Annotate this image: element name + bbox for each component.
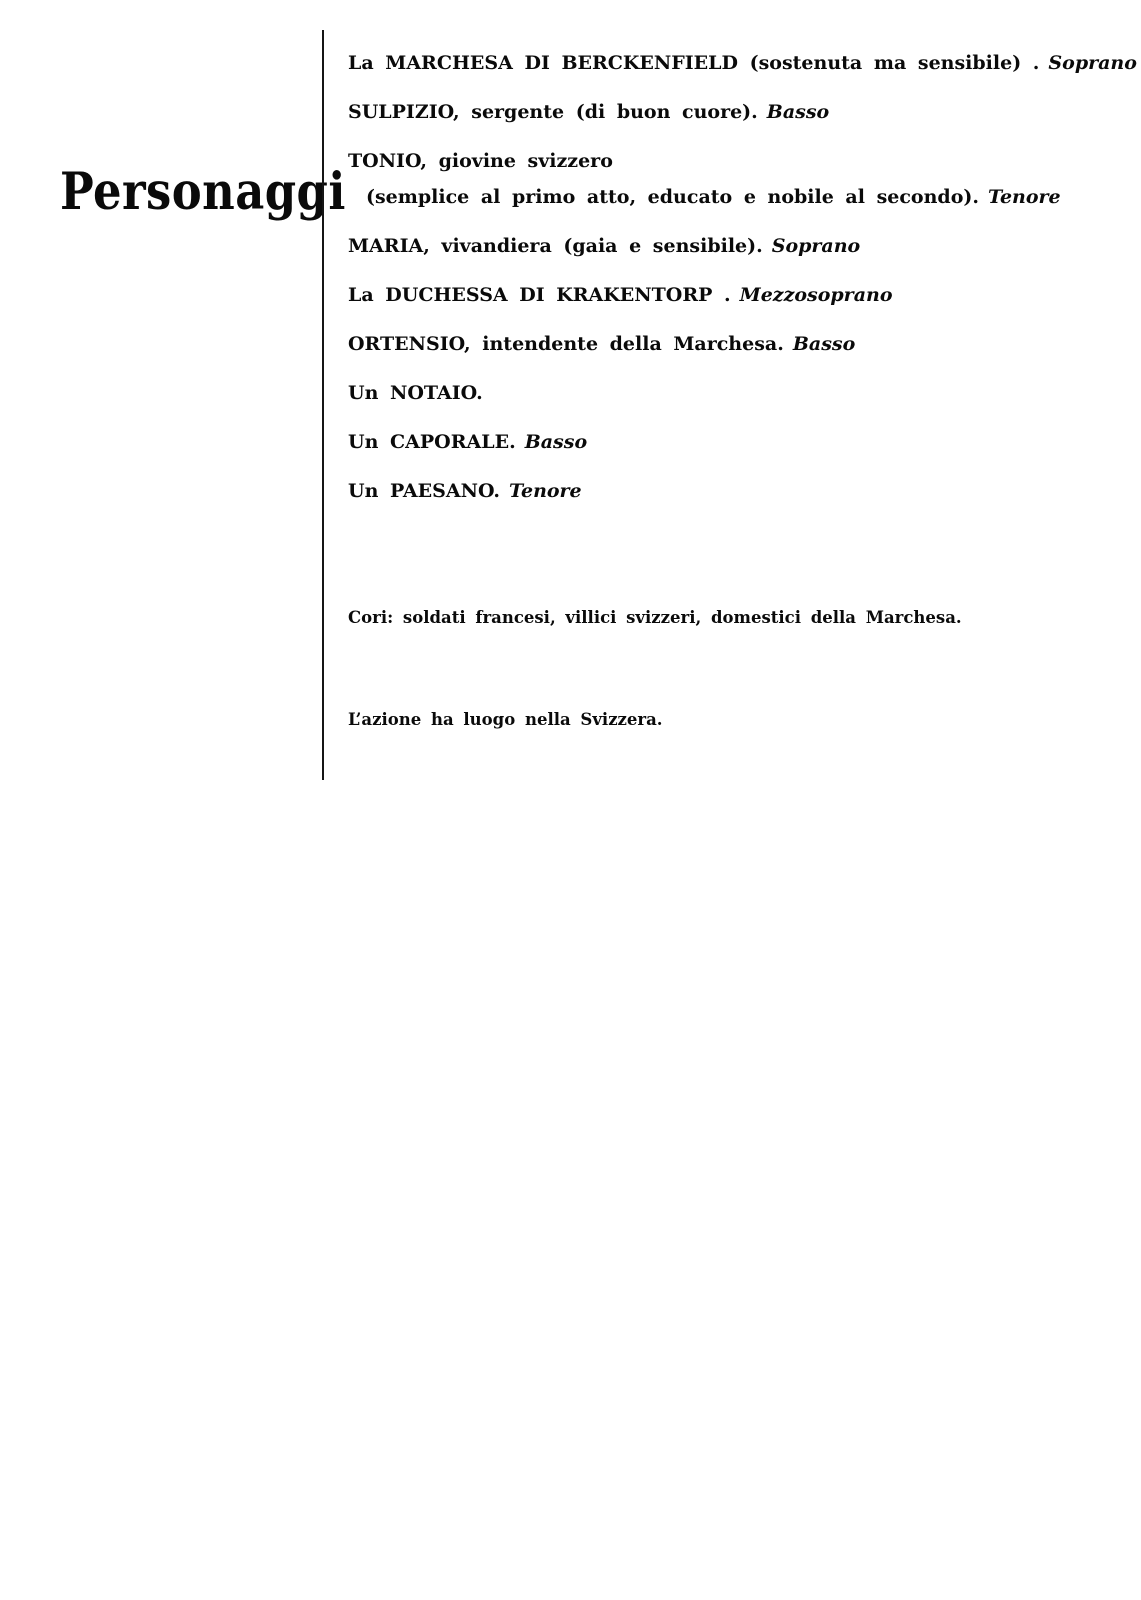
character-name: MARIA, vivandiera (gaia e sensibile). — [348, 235, 763, 257]
voice-type: Soprano — [772, 235, 861, 257]
voice-type: Mezzosoprano — [740, 284, 893, 306]
character-name: La DUCHESSA DI KRAKENTORP . — [348, 284, 731, 306]
cast-entry: Un PAESANO.Tenore — [348, 473, 1108, 509]
voice-type: Soprano — [1048, 52, 1137, 74]
cast-entry: Un NOTAIO. — [348, 375, 1108, 411]
voice-type: Tenore — [988, 186, 1061, 208]
character-name: Un CAPORALE. — [348, 431, 516, 453]
setting-note: L’azione ha luogo nella Svizzera. — [348, 705, 663, 735]
cast-entry: La DUCHESSA DI KRAKENTORP .Mezzosoprano — [348, 277, 1108, 313]
cast-entry: SULPIZIO, sergente (di buon cuore).Basso — [348, 94, 1108, 130]
voice-type: Basso — [767, 101, 829, 123]
cast-list: La MARCHESA DI BERCKENFIELD (sostenuta m… — [348, 45, 1108, 522]
voice-type: Basso — [525, 431, 587, 453]
character-name: ORTENSIO, intendente della Marchesa. — [348, 333, 784, 355]
cast-entry: ORTENSIO, intendente della Marchesa.Bass… — [348, 326, 1108, 362]
character-name: Un PAESANO. — [348, 480, 500, 502]
voice-type: Basso — [793, 333, 855, 355]
cast-entry: La MARCHESA DI BERCKENFIELD (sostenuta m… — [348, 45, 1108, 81]
cast-entry: Un CAPORALE.Basso — [348, 424, 1108, 460]
chorus-note: Cori: soldati francesi, villici svizzeri… — [348, 603, 962, 633]
character-name: SULPIZIO, sergente (di buon cuore). — [348, 101, 758, 123]
character-name: TONIO, giovine svizzero — [348, 143, 1108, 179]
character-description: (semplice al primo atto, educato e nobil… — [366, 186, 979, 208]
character-name: La MARCHESA DI BERCKENFIELD (sostenuta m… — [348, 52, 1039, 74]
cast-entry: TONIO, giovine svizzero (semplice al pri… — [348, 143, 1108, 215]
character-description-line: (semplice al primo atto, educato e nobil… — [348, 179, 1108, 215]
page-title: Personaggi — [60, 162, 346, 222]
voice-type: Tenore — [509, 480, 582, 502]
character-name: Un NOTAIO. — [348, 382, 483, 404]
vertical-rule-divider — [322, 30, 324, 780]
cast-entry: MARIA, vivandiera (gaia e sensibile).Sop… — [348, 228, 1108, 264]
